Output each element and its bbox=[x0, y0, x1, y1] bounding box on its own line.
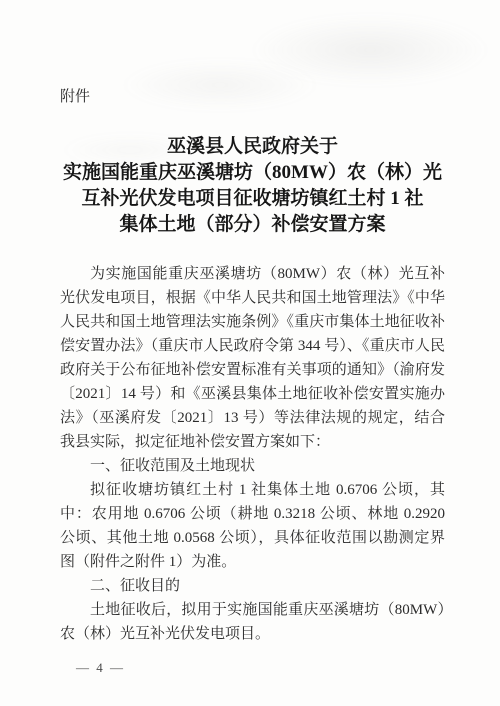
title-line-4: 集体土地（部分）补偿安置方案 bbox=[50, 212, 455, 238]
document-title: 巫溪县人民政府关于 实施国能重庆巫溪塘坊（80MW）农（林）光 互补光伏发电项目… bbox=[50, 134, 455, 238]
section-heading-scope: 一、征收范围及土地现状 bbox=[60, 454, 445, 478]
attachment-label: 附件 bbox=[60, 88, 445, 106]
paragraph-land-status: 拟征收塘坊镇红土村 1 社集体土地 0.6706 公顷，其中：农用地 0.670… bbox=[60, 478, 445, 574]
paragraph-legal-basis: 为实施国能重庆巫溪塘坊（80MW）农（林）光互补光伏发电项目，根据《中华人民共和… bbox=[60, 262, 445, 454]
page-number: — 4 — bbox=[76, 660, 445, 676]
title-line-1: 巫溪县人民政府关于 bbox=[50, 134, 455, 160]
paragraph-purpose: 土地征收后，拟用于实施国能重庆巫溪塘坊（80MW）农（林）光互补光伏发电项目。 bbox=[60, 598, 445, 646]
title-line-3: 互补光伏发电项目征收塘坊镇红土村 1 社 bbox=[50, 186, 455, 212]
title-line-2: 实施国能重庆巫溪塘坊（80MW）农（林）光 bbox=[50, 160, 455, 186]
section-heading-purpose: 二、征收目的 bbox=[60, 574, 445, 598]
scan-smudge-artifact bbox=[250, 15, 490, 85]
document-page: 附件 巫溪县人民政府关于 实施国能重庆巫溪塘坊（80MW）农（林）光 互补光伏发… bbox=[0, 0, 500, 706]
